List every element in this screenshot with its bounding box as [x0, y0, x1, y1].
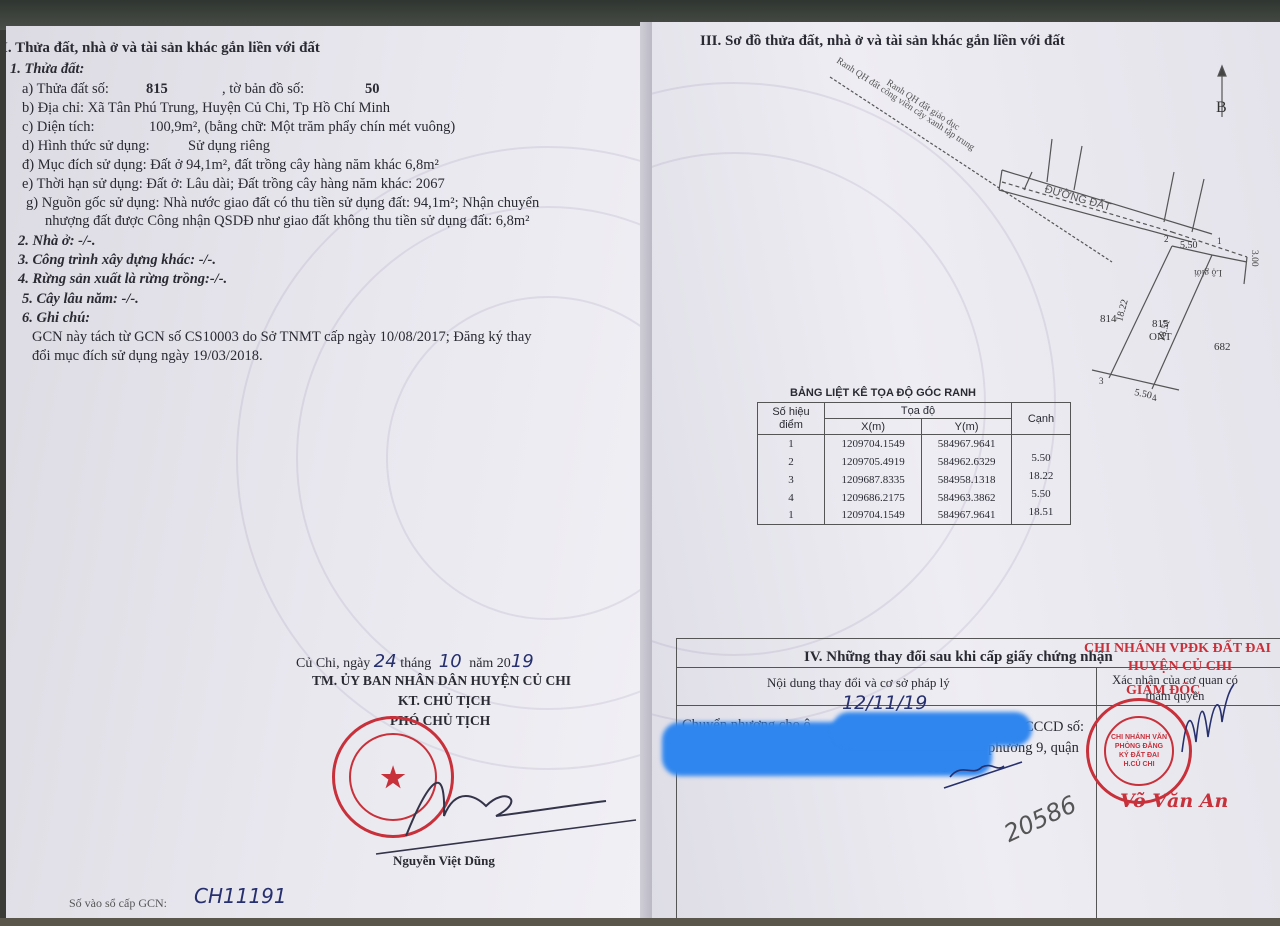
header-y: Y(m) [922, 419, 1012, 435]
cell-point: 1 [758, 507, 825, 525]
cell-point: 2 [758, 453, 825, 471]
cell-x: 1209704.1549 [825, 507, 922, 525]
point-1: 1 [1217, 236, 1222, 246]
signature-vice-chairman [366, 746, 646, 856]
month-label: tháng [400, 656, 431, 671]
cell-point: 1 [758, 435, 825, 453]
cell-x: 1209687.8335 [825, 471, 922, 489]
background-bottom [0, 918, 1280, 926]
cell-y: 584963.3862 [922, 489, 1012, 507]
director-signature [1172, 682, 1242, 762]
cell-y: 584958.1318 [922, 471, 1012, 489]
note-line1: GCN này tách từ GCN số CS10003 do Sở TNM… [32, 328, 532, 346]
initials-signature [942, 752, 1042, 792]
planning-boundary-education: Ranh QH đất giáo dục [884, 77, 961, 132]
item-planted-forest: 4. Rừng sản xuất là rừng trồng:-/-. [18, 270, 227, 288]
header-edge: Cạnh [1012, 403, 1071, 435]
map-sheet-number: 50 [365, 80, 380, 98]
setback-width: 3.00 [1249, 250, 1259, 267]
cell-point: 3 [758, 471, 825, 489]
changes-title: IV. Những thay đổi sau khi cấp giấy chứn… [804, 648, 1113, 666]
parcel-number: 815 [146, 80, 168, 98]
signer-name: Nguyễn Việt Dũng [393, 852, 495, 870]
road-label: ĐƯỜNG ĐẤT [1043, 182, 1113, 213]
signing-month: 10 [439, 651, 462, 672]
section-title-land: I. Thửa đất, nhà ở và tài sản khác gắn l… [6, 39, 320, 57]
usage-term: e) Thời hạn sử dụng: Đất ở: Lâu dài; Đất… [22, 175, 445, 193]
cell-y: 584962.6329 [922, 453, 1012, 471]
point-3: 3 [1099, 376, 1104, 386]
item-notes: 6. Ghi chú: [22, 309, 90, 327]
cell-edges: 5.5018.225.5018.51 [1012, 435, 1071, 525]
signing-role-1: KT. CHỦ TỊCH [398, 692, 491, 710]
cell-y: 584967.9641 [922, 507, 1012, 525]
stamp-header-district: HUYỆN CỦ CHI [1128, 658, 1232, 676]
cell-x: 1209704.1549 [825, 435, 922, 453]
edge-bottom: 5.50 [1133, 387, 1152, 401]
watermark-ring [296, 206, 646, 710]
usage-purpose: đ) Mục đích sử dụng: Đất ở 94,1m², đất t… [22, 156, 439, 174]
point-2: 2 [1164, 234, 1169, 244]
changes-col-content: Nội dung thay đổi và cơ sở pháp lý [767, 674, 950, 692]
edge-top: 5.50 [1180, 240, 1198, 251]
item-perennial-trees: 5. Cây lâu năm: -/-. [22, 290, 139, 308]
parcel-number-label: a) Thửa đất số: [22, 80, 109, 98]
coord-table-title: BẢNG LIỆT KÊ TỌA ĐỘ GÓC RANH [790, 384, 976, 402]
registry-number: CH11191 [194, 887, 287, 905]
neighbor-parcel-682: 682 [1214, 341, 1231, 353]
header-x: X(m) [825, 419, 922, 435]
coordinate-table: Số hiệu điểm Tọa độ Cạnh X(m) Y(m) 11209… [757, 402, 1071, 525]
usage-origin-line2: nhượng đất được Công nhận QSDĐ như giao … [45, 212, 529, 230]
edge-length: 5.50 [1016, 449, 1066, 467]
setback-label: Lộ giới [1194, 267, 1222, 277]
registry-label: Số vào sổ cấp GCN: [69, 894, 167, 912]
address: b) Địa chỉ: Xã Tân Phú Trung, Huyện Củ C… [22, 99, 390, 117]
planning-boundary-park: Ranh QH đất công viên cây xanh tập trung [834, 55, 976, 153]
usage-form-label: d) Hình thức sử dụng: [22, 137, 150, 155]
signing-place: Củ Chi, ngày [296, 656, 370, 671]
header-coords: Tọa độ [825, 403, 1012, 419]
year-label: năm 20 [469, 656, 511, 671]
item-house: 2. Nhà ở: -/-. [18, 232, 95, 250]
certificate-left-page: I. Thửa đất, nhà ở và tài sản khác gắn l… [6, 26, 646, 922]
redacted-owner-info [832, 712, 1032, 746]
map-sheet-label: , tờ bản đồ số: [222, 80, 304, 98]
usage-origin-line1: g) Nguồn gốc sử dụng: Nhà nước giao đất … [26, 194, 539, 212]
edge-length: 5.50 [1016, 485, 1066, 503]
parcel-map: B ĐƯỜNG ĐẤT Ranh QH đất công viên cây xa… [652, 22, 1280, 402]
table-row: 11209704.1549584967.96415.5018.225.5018.… [758, 435, 1071, 453]
cell-y: 584967.9641 [922, 435, 1012, 453]
change-id-label: CCCD số: [1024, 718, 1084, 736]
cell-x: 1209686.2175 [825, 489, 922, 507]
signing-place-date: Củ Chi, ngày 24 tháng 10 năm 2019 [296, 653, 534, 673]
usage-form-value: Sử dụng riêng [188, 137, 270, 155]
edge-length: 18.51 [1016, 503, 1066, 521]
cell-x: 1209705.4919 [825, 453, 922, 471]
area-value: 100,9m², (bằng chữ: Một trăm phẩy chín m… [149, 118, 455, 136]
note-line2: đổi mục đích sử dụng ngày 19/03/2018. [32, 347, 263, 365]
signing-year: 19 [511, 651, 534, 672]
point-4: 4 [1152, 393, 1157, 402]
area-label: c) Diện tích: [22, 118, 94, 136]
signing-organization: TM. ỦY BAN NHÂN DÂN HUYỆN CỦ CHI [312, 672, 571, 690]
subsection-parcel: 1. Thửa đất: [10, 60, 84, 78]
certificate-right-page: III. Sơ đồ thửa đất, nhà ở và tài sản kh… [652, 22, 1280, 922]
edge-left: 18.22 [1114, 298, 1130, 323]
cell-point: 4 [758, 489, 825, 507]
change-date-handwritten: 12/11/19 [842, 694, 927, 712]
edge-length: 18.22 [1016, 467, 1066, 485]
item-other-construction: 3. Công trình xây dựng khác: -/-. [18, 251, 216, 269]
director-name: Võ Văn An [1120, 792, 1228, 810]
stamp-text: CHI NHÁNH VĂN PHÒNG ĐĂNG KÝ ĐẤT ĐAI H.CỦ… [1104, 716, 1174, 786]
header-point: Số hiệu điểm [758, 403, 825, 435]
north-label: B [1216, 99, 1227, 116]
signing-day: 24 [374, 651, 397, 672]
stamp-header-branch: CHI NHÁNH VPĐK ĐẤT ĐAI [1084, 640, 1271, 658]
